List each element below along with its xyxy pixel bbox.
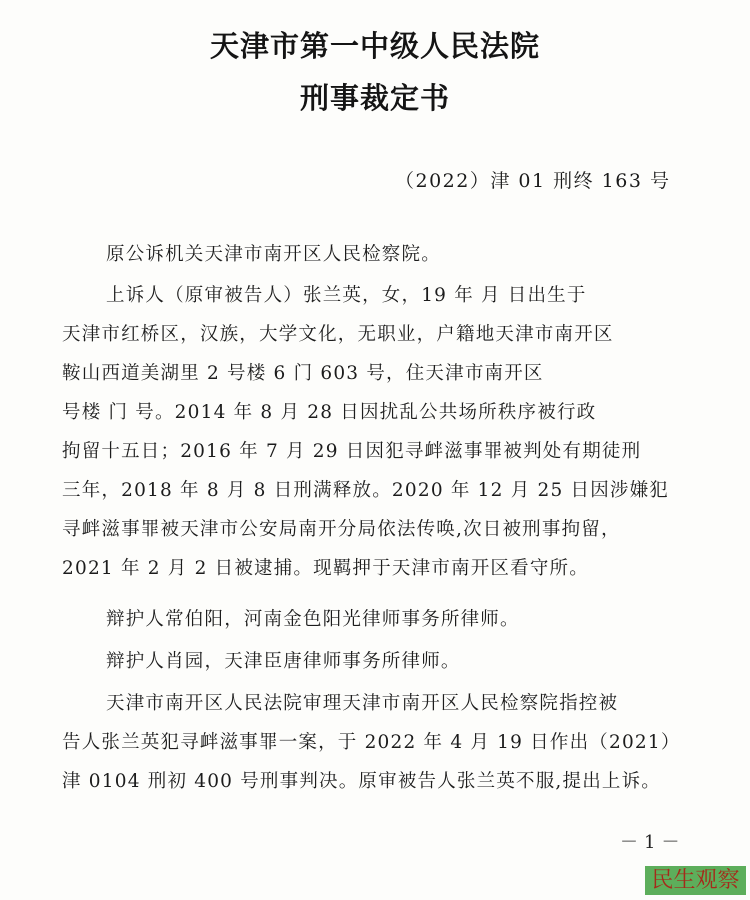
text-line: 寻衅滋事罪被天津市公安局南开分局依法传唤,次日被刑事拘留， — [62, 510, 692, 549]
text-line: 号楼 门 号。2014 年 8 月 28 日因扰乱公共场所秩序被行政 — [62, 393, 692, 432]
page-number: －1－ — [620, 828, 685, 854]
text-line: 告人张兰英犯寻衅滋事罪一案，于 2022 年 4 月 19 日作出（2021） — [62, 723, 692, 762]
text-line: 2021 年 2 月 2 日被逮捕。现羁押于天津市南开区看守所。 — [62, 549, 692, 588]
text-line: 鞍山西道美湖里 2 号楼 6 门 603 号，住天津市南开区 — [62, 354, 692, 393]
case-number: （2022）津 01 刑终 163 号 — [395, 166, 670, 193]
document-page: 天津市第一中级人民法院 刑事裁定书 （2022）津 01 刑终 163 号 原公… — [0, 0, 750, 900]
text-line: 上诉人（原审被告人）张兰英，女，19 年 月 日出生于 — [62, 276, 692, 315]
text-line: 原公诉机关天津市南开区人民检察院。 — [62, 235, 692, 274]
text-line: 三年，2018 年 8 月 8 日刑满释放。2020 年 12 月 25 日因涉… — [62, 471, 692, 510]
paragraph-defender-1: 辩护人常伯阳，河南金色阳光律师事务所律师。 — [62, 600, 692, 639]
text-line: 拘留十五日；2016 年 7 月 29 日因犯寻衅滋事罪被判处有期徒刑 — [62, 432, 692, 471]
paragraph-appellant: 上诉人（原审被告人）张兰英，女，19 年 月 日出生于 天津市红桥区，汉族，大学… — [62, 276, 692, 588]
court-name-heading: 天津市第一中级人民法院 — [0, 24, 750, 65]
paragraph-case-history: 天津市南开区人民法院审理天津市南开区人民检察院指控被 告人张兰英犯寻衅滋事罪一案… — [62, 684, 692, 801]
paragraph-defender-2: 辩护人肖园，天津臣唐律师事务所律师。 — [62, 642, 692, 681]
paragraph-prosecutor: 原公诉机关天津市南开区人民检察院。 — [62, 235, 692, 274]
document-type-heading: 刑事裁定书 — [0, 76, 750, 117]
text-line: 津 0104 刑初 400 号刑事判决。原审被告人张兰英不服,提出上诉。 — [62, 762, 692, 801]
text-line: 辩护人肖园，天津臣唐律师事务所律师。 — [62, 642, 692, 681]
text-line: 天津市红桥区，汉族，大学文化，无职业，户籍地天津市南开区 — [62, 315, 692, 354]
text-line: 天津市南开区人民法院审理天津市南开区人民检察院指控被 — [62, 684, 692, 723]
text-line: 辩护人常伯阳，河南金色阳光律师事务所律师。 — [62, 600, 692, 639]
watermark-badge: 民生观察 — [645, 866, 746, 895]
